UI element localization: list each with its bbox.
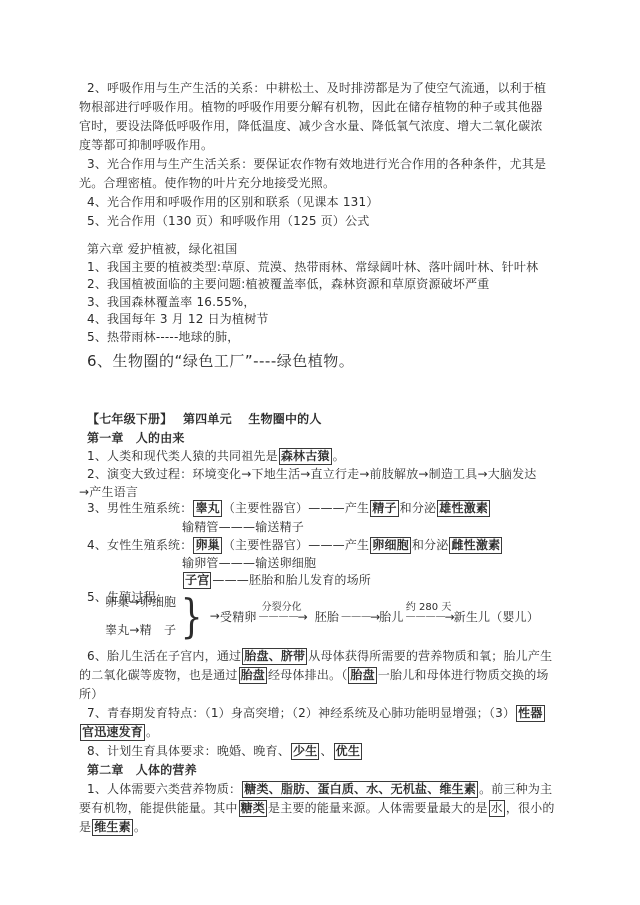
text-run: 7、青春期发育特点：（1）身高突增；（2）神经系统及心肺功能明显增强；（3） [87,706,515,720]
diagram-280days-label: 约 280 天 [406,598,451,613]
text-run: 物根部进行呼吸作用。植物的呼吸作用要分解有机物，因此在储存植物的种子或其他器 [79,100,543,114]
boxed-term: 森林古猿 [279,448,332,465]
boxed-term: 胎盘、脐带 [242,648,307,665]
text-run: 5、光合作用（130 页）和呼吸作用（125 页）公式 [87,214,369,228]
text-line: 5、热带雨林-----地球的肺， [87,328,240,347]
text-run: 1、人体需要六类营养物质： [87,782,241,796]
text-run: →产生语言 [79,485,138,499]
dashed-arrow-division: 分裂分化－－－－→ [258,608,306,625]
document-page: 卵巢→卵细胞 睾丸→精 子 } → 受精卵 分裂分化－－－－→ 胚胎 －－－→ … [0,0,640,905]
boxed-term: 糖类、脂肪、蛋白质、水、无机盐、维生素 [242,781,478,798]
dashed-arrow-280days: 约 280 天－－－－→ [405,608,453,625]
text-line: 4、光合作用和呼吸作用的区别和联系（见课本 131） [87,193,379,212]
text-line: 所） [79,685,103,704]
text-run: 6、生物圈的“绿色工厂”----绿色植物。 [87,352,354,370]
text-run: 。 [146,725,158,739]
text-run: 和分泌 [412,538,449,552]
text-line: 度等都可抑制呼吸作用。 [79,136,213,155]
text-run: 第二章 人体的营养 [87,763,197,777]
text-run: 。 [134,820,146,834]
text-run: 和分泌 [400,501,437,515]
text-line: 的二氧化碳等废物，也是通过胎盘经母体排出。（胎盘一胎儿和母体进行物质交换的场 [79,666,549,685]
text-line: 2、演变大致过程：环境变化→下地生活→直立行走→前肢解放→制造工具→大脑发达 [87,465,537,484]
boxed-term: 水 [489,800,505,817]
boxed-term: 雌性激素 [449,537,502,554]
diagram-division-label: 分裂分化 [262,598,302,613]
text-run: 【七年级下册】 第四单元 生物圈中的人 [87,412,322,426]
text-run: 5、生殖过程： [87,590,168,604]
boxed-term: 胎盘 [348,667,376,684]
text-run: 5、热带雨林-----地球的肺， [87,330,240,344]
text-line: 官时，要设法降低呼吸作用，降低温度、减少含水量、降低氧气浓度、增大二氧化碳浓 [79,117,543,136]
text-run: 、 [320,744,332,758]
text-line: 光。合理密植。使作物的叶片充分地接受光照。 [79,174,335,193]
text-run: 一胎儿和母体进行物质交换的场 [378,668,549,682]
text-run: 第一章 人的由来 [87,431,185,445]
text-run: （主要性器官）———产生 [223,538,369,552]
text-run: 6、胎儿生活在子宫内，通过 [87,649,241,663]
text-run: 2、呼吸作用与生产生活的关系：中耕松土、及时排涝都是为了使空气流通，以利于植 [87,81,546,95]
text-line: 要有机物，能提供能量。其中糖类是主要的能量来源。人体需要量最大的是水，很小的 [79,799,555,818]
heading-line: 第二章 人体的营养 [87,761,197,780]
boxed-term: 睾丸 [193,500,221,517]
text-line: 7、青春期发育特点：（1）身高突增；（2）神经系统及心肺功能明显增强；（3）性器 [87,704,546,723]
heading-line: 第一章 人的由来 [87,429,185,448]
text-run: 是主要的能量来源。人体需要量最大的是 [268,801,488,815]
diagram-embryo: 胚胎 [307,608,339,625]
text-run: 3、光合作用与生产生活关系：要保证农作物有效地进行光合作用的各种条件，尤其是 [87,157,546,171]
dashed-arrow-plain: －－－→ [340,608,378,625]
text-line: 6、胎儿生活在子宫内，通过胎盘、脐带从母体获得所需要的营养物质和氧；胎儿产生 [87,647,552,666]
boxed-term: 维生素 [92,819,133,836]
boxed-term: 优生 [334,743,362,760]
arrow-icon: → [210,609,220,623]
boxed-term: 卵细胞 [370,537,411,554]
text-run: 8、计划生育具体要求：晚婚、晚育、 [87,744,290,758]
text-run: 从母体获得所需要的营养物质和氧；胎儿产生 [308,649,552,663]
text-line: 物根部进行呼吸作用。植物的呼吸作用要分解有机物，因此在储存植物的种子或其他器 [79,98,543,117]
text-line: 3、男性生殖系统：睾丸（主要性器官）———产生精子和分泌雄性激素 [87,499,491,518]
diagram-testis-row: 睾丸→精 子 [105,621,176,640]
text-run: 要有机物，能提供能量。其中 [79,801,238,815]
diagram-main-flow: → 受精卵 分裂分化－－－－→ 胚胎 －－－→ 胎儿 约 280 天－－－－→ … [210,608,539,625]
text-run: 4、光合作用和呼吸作用的区别和联系（见课本 131） [87,195,379,209]
text-run: 官时，要设法降低呼吸作用，降低温度、减少含水量、降低氧气浓度、增大二氧化碳浓 [79,119,543,133]
text-line: 4、女性生殖系统：卵巢（主要性器官）———产生卵细胞和分泌雌性激素 [87,536,503,555]
text-run: 度等都可抑制呼吸作用。 [79,138,213,152]
text-run: 2、演变大致过程：环境变化→下地生活→直立行走→前肢解放→制造工具→大脑发达 [87,467,537,481]
text-run: 。 [333,449,345,463]
text-run: 第六章 爱护植被，绿化祖国 [87,242,237,256]
text-run: 3、男性生殖系统： [87,501,192,515]
boxed-term: 卵巢 [193,537,221,554]
text-line: 5、生殖过程： [87,588,168,607]
text-run: 输卵管———输送卵细胞 [182,556,316,570]
text-run: ———胚胎和胎儿发育的场所 [212,573,371,587]
text-run: 光。合理密植。使作物的叶片充分地接受光照。 [79,176,335,190]
text-run: 所） [79,687,103,701]
text-run: 1、我国主要的植被类型:草原、荒漠、热带雨林、常绿阔叶林、落叶阔叶林、针叶林 [87,260,538,274]
text-run: ，很小的 [506,801,555,815]
text-line: 2、我国植被面临的主要问题:植被覆盖率低，森林资源和草原资源破坏严重 [87,275,489,294]
text-run: 1、人类和现代类人猿的共同祖先是 [87,449,278,463]
diagram-newborn: 新生儿（婴儿） [454,608,539,625]
text-line: 3、光合作用与生产生活关系：要保证农作物有效地进行光合作用的各种条件，尤其是 [87,155,546,174]
boxed-term: 雄性激素 [437,500,490,517]
text-run: 3、我国森林覆盖率 16.55%， [87,295,256,309]
boxed-term: 官迅速发育 [80,724,145,741]
text-line: 1、人体需要六类营养物质：糖类、脂肪、蛋白质、水、无机盐、维生素。前三种为主 [87,780,552,799]
text-run: 的二氧化碳等废物，也是通过 [79,668,238,682]
text-line: 4、我国每年 3 月 12 日为植树节 [87,310,269,329]
reproduction-process-diagram: 卵巢→卵细胞 睾丸→精 子 } → 受精卵 分裂分化－－－－→ 胚胎 －－－→ … [105,592,539,640]
text-line: 子宫———胚胎和胎儿发育的场所 [182,571,371,590]
heading-line: 【七年级下册】 第四单元 生物圈中的人 [87,410,322,429]
text-line: 是维生素。 [79,818,146,837]
boxed-term: 少生 [291,743,319,760]
text-run: 2、我国植被面临的主要问题:植被覆盖率低，森林资源和草原资源破坏严重 [87,277,489,291]
text-run: 经母体排出。（ [268,668,347,682]
boxed-term: 子宫 [183,572,211,589]
diagram-fetus: 胎儿 [379,608,403,625]
text-run: 。前三种为主 [479,782,552,796]
text-line: 5、光合作用（130 页）和呼吸作用（125 页）公式 [87,212,369,231]
text-run: 输精管———输送精子 [182,520,304,534]
brace-glyph: } [181,592,203,640]
text-run: （主要性器官）———产生 [223,501,369,515]
text-run: 4、女性生殖系统： [87,538,192,552]
text-line: 1、人类和现代类人猿的共同祖先是森林古猿。 [87,447,345,466]
text-run: 是 [79,820,91,834]
boxed-term: 性器 [516,705,544,722]
boxed-term: 胎盘 [239,667,267,684]
text-line: 8、计划生育具体要求：晚婚、晚育、少生、优生 [87,742,363,761]
text-line: 2、呼吸作用与生产生活的关系：中耕松土、及时排涝都是为了使空气流通，以利于植 [87,79,546,98]
boxed-term: 精子 [370,500,398,517]
diagram-zygote: 受精卵 [220,608,257,625]
text-line: 6、生物圈的“绿色工厂”----绿色植物。 [87,349,354,373]
text-line: 第六章 爱护植被，绿化祖国 [87,240,237,259]
text-run: 4、我国每年 3 月 12 日为植树节 [87,312,269,326]
dash-glyphs: －－－→ [340,610,378,624]
text-line: 官迅速发育。 [79,723,158,742]
boxed-term: 糖类 [239,800,267,817]
text-line: 输精管———输送精子 [182,518,304,537]
